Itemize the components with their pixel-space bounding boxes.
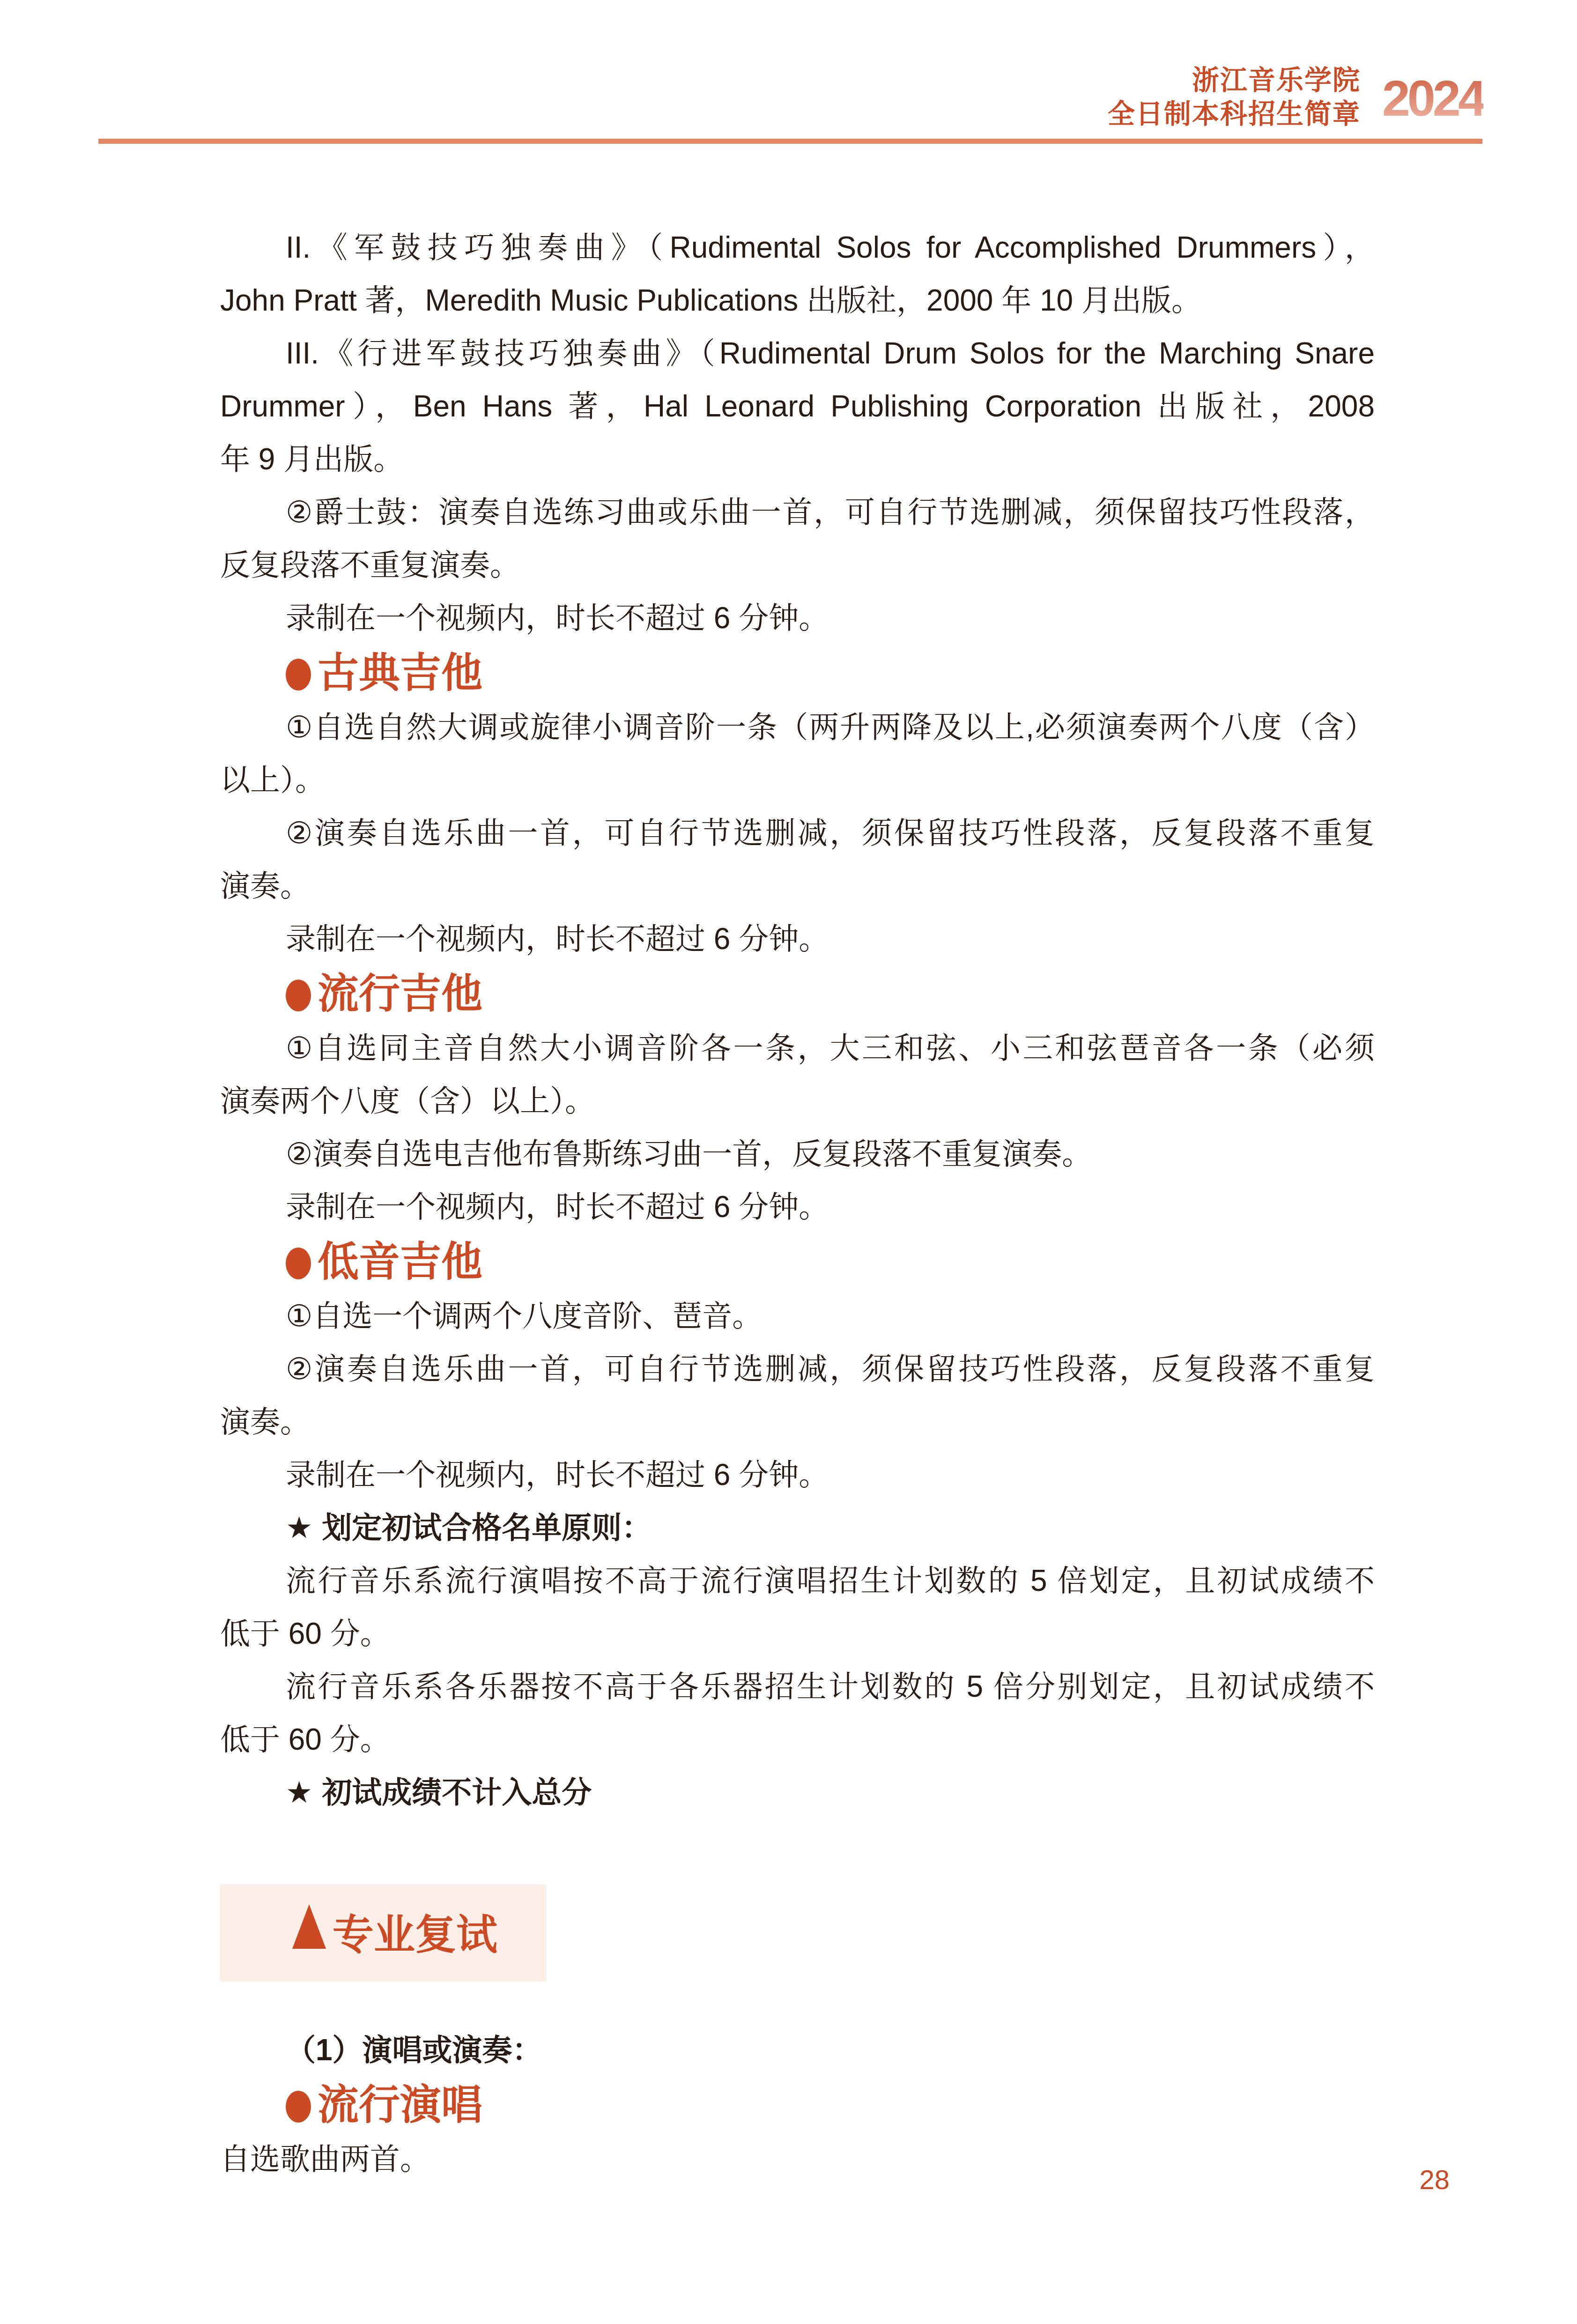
triangle-icon: [292, 1904, 326, 1949]
body-line: ②爵士鼓：演奏自选练习曲或乐曲一首，可自行节选删减，须保留技巧性段落，: [220, 486, 1375, 539]
document-lines: II.《军鼓技巧独奏曲》（Rudimental Solos for Accomp…: [220, 221, 1375, 2186]
body-line: 演奏两个八度（含）以上）。: [220, 1075, 1375, 1128]
body-line: 录制在一个视频内，时长不超过 6 分钟。: [220, 592, 1375, 645]
body-line: ①自选一个调两个八度音阶、琶音。: [220, 1290, 1375, 1343]
header-subtitle: 全日制本科招生简章: [1108, 97, 1361, 131]
header-school-name: 浙江音乐学院: [1108, 64, 1361, 97]
bullet-icon: [286, 980, 311, 1011]
section-title: 古典吉他: [318, 649, 482, 696]
body-line: 录制在一个视频内，时长不超过 6 分钟。: [220, 913, 1375, 965]
body-line: 录制在一个视频内，时长不超过 6 分钟。: [220, 1181, 1375, 1233]
body-line: John Pratt 著，Meredith Music Publications…: [220, 274, 1375, 327]
body-line: 演奏。: [220, 1396, 1375, 1448]
body-line: ②演奏自选电吉他布鲁斯练习曲一首，反复段落不重复演奏。: [220, 1128, 1375, 1181]
body-line: 自选歌曲两首。: [220, 2133, 1375, 2186]
section-heading: 低音吉他: [220, 1238, 1375, 1285]
star-note: ★划定初试合格名单原则：: [220, 1501, 1375, 1554]
body-line: II.《军鼓技巧独奏曲》（Rudimental Solos for Accomp…: [220, 221, 1375, 274]
highlight-row: 专业复试: [220, 1885, 1375, 1982]
highlight-title: 专业复试: [333, 1911, 497, 1958]
body-line: ②演奏自选乐曲一首，可自行节选删减，须保留技巧性段落，反复段落不重复: [220, 1343, 1375, 1396]
body-line: 演奏。: [220, 860, 1375, 913]
body-line: 低于 60 分。: [220, 1713, 1375, 1766]
header-divider: [98, 139, 1482, 144]
header-year: 2024: [1382, 73, 1483, 124]
body-line: Drummer），Ben Hans 著，Hal Leonard Publishi…: [220, 380, 1375, 433]
body-line: ②演奏自选乐曲一首，可自行节选删减，须保留技巧性段落，反复段落不重复: [220, 807, 1375, 860]
bullet-icon: [286, 2091, 311, 2123]
bullet-icon: [286, 659, 311, 691]
body-line: ①自选自然大调或旋律小调音阶一条（两升两降及以上,必须演奏两个八度（含）: [220, 701, 1375, 754]
bullet-icon: [286, 1247, 311, 1279]
star-note: ★初试成绩不计入总分: [220, 1766, 1375, 1819]
page-header: 浙江音乐学院 全日制本科招生简章: [1108, 64, 1361, 131]
body-line: 年 9 月出版。: [220, 433, 1375, 486]
body-line: ①自选同主音自然大小调音阶各一条，大三和弦、小三和弦琶音各一条（必须: [220, 1022, 1375, 1075]
section-heading: 古典吉他: [220, 649, 1375, 696]
body-line: III.《行进军鼓技巧独奏曲》（Rudimental Drum Solos fo…: [220, 327, 1375, 380]
body-line: 反复段落不重复演奏。: [220, 539, 1375, 592]
page-number: 28: [1419, 2164, 1450, 2196]
star-icon: ★: [286, 1775, 312, 1809]
body-line: 低于 60 分。: [220, 1607, 1375, 1660]
section-title: 流行演唱: [318, 2081, 482, 2128]
body-line: 流行音乐系流行演唱按不高于流行演唱招生计划数的 5 倍划定，且初试成绩不: [220, 1554, 1375, 1607]
brochure-page: 浙江音乐学院 全日制本科招生简章 2024 II.《军鼓技巧独奏曲》（Rudim…: [0, 0, 1577, 2324]
section-title: 低音吉他: [318, 1238, 482, 1285]
section-title: 流行吉他: [318, 970, 482, 1017]
body-line: 录制在一个视频内，时长不超过 6 分钟。: [220, 1448, 1375, 1501]
section-heading: 流行演唱: [220, 2081, 1375, 2128]
star-icon: ★: [286, 1511, 312, 1544]
body-line: 流行音乐系各乐器按不高于各乐器招生计划数的 5 倍分别划定，且初试成绩不: [220, 1660, 1375, 1713]
star-note-text: 划定初试合格名单原则：: [322, 1511, 652, 1544]
body-line: 以上）。: [220, 754, 1375, 807]
subheading-line: （1）演唱或演奏：: [220, 2024, 1375, 2077]
star-note-text: 初试成绩不计入总分: [322, 1775, 592, 1809]
section-heading: 流行吉他: [220, 970, 1375, 1017]
review-section-highlight: 专业复试: [220, 1885, 546, 1982]
